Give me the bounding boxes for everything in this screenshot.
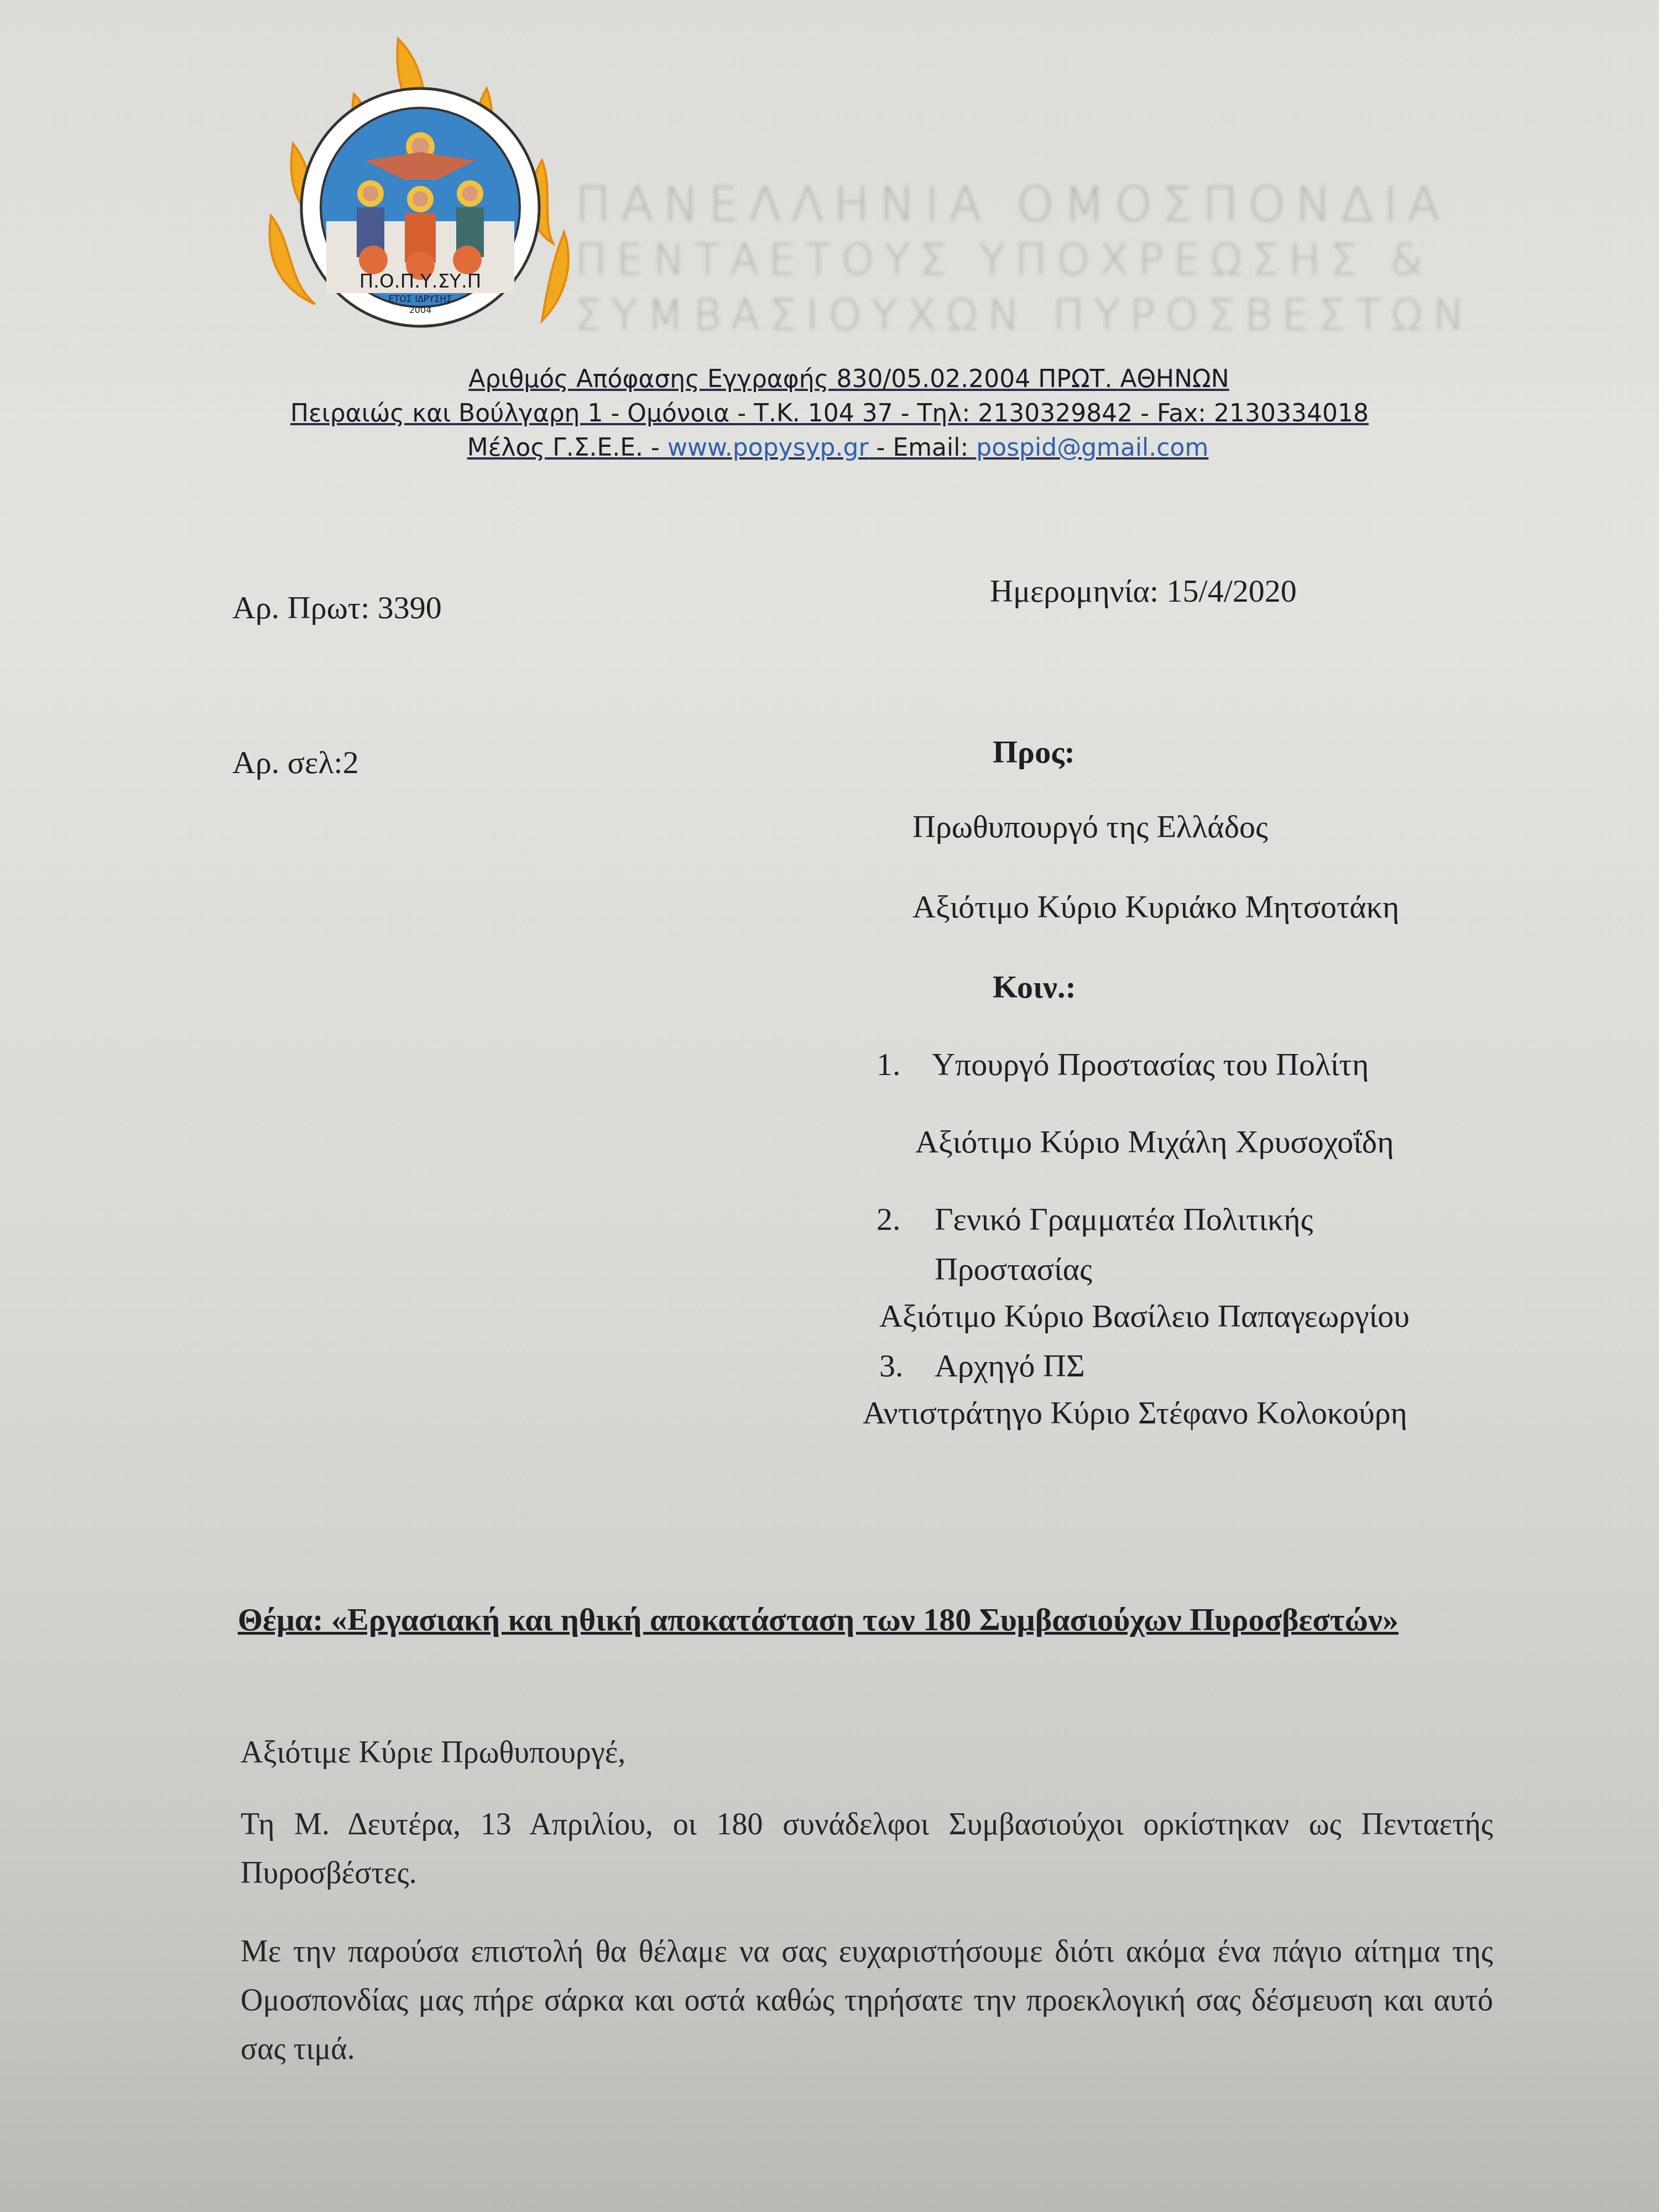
cc-name: Αξιότιμο Κύριο Μιχάλη Χρυσοχοΐδη bbox=[915, 1123, 1394, 1161]
page-count: Αρ. σελ:2 bbox=[232, 744, 359, 781]
svg-text:ΕΤΟΣ ΙΔΡΥΣΗΣ: ΕΤΟΣ ΙΔΡΥΣΗΣ bbox=[388, 294, 452, 304]
member-label: Μέλος Γ.Σ.Ε.Ε. - bbox=[467, 434, 667, 462]
svg-text:Π.Ο.Π.Υ.ΣΥ.Π: Π.Ο.Π.Υ.ΣΥ.Π bbox=[359, 270, 482, 293]
cc-title-continued: Προστασίας bbox=[935, 1250, 1092, 1288]
cc-title: Αρχηγό ΠΣ bbox=[935, 1347, 1085, 1385]
cc-name: Αξιότιμο Κύριο Βασίλειο Παπαγεωργίου bbox=[879, 1297, 1410, 1335]
registration-line: Αριθμός Απόφασης Εγγραφής 830/05.02.2004… bbox=[0, 362, 1659, 397]
address-line: Πειραιώς και Βούλγαρη 1 - Ομόνοια - Τ.Κ.… bbox=[0, 397, 1659, 431]
body-paragraph: Με την παρούσα επιστολή θα θέλαμε να σας… bbox=[241, 1927, 1493, 2073]
recipient-name: Αξιότιμο Κύριο Κυριάκο Μητσοτάκη bbox=[912, 888, 1399, 926]
protocol-number: Αρ. Πρωτ: 3390 bbox=[232, 589, 442, 626]
member-line: Μέλος Γ.Σ.Ε.Ε. - www.popysyp.gr - Email:… bbox=[0, 431, 1659, 465]
cc-title: Γενικό Γραμματέα Πολιτικής bbox=[935, 1200, 1313, 1239]
federation-emblem-flame-icon: Π.Ο.Π.Υ.ΣΥ.Π ΕΤΟΣ ΙΔΡΥΣΗΣ 2004 bbox=[254, 22, 586, 348]
recipient-title: Πρωθυπουργό της Ελλάδος bbox=[912, 807, 1268, 846]
email-label: - Email: bbox=[869, 434, 977, 462]
letterhead-contact: Αριθμός Απόφασης Εγγραφής 830/05.02.2004… bbox=[0, 362, 1659, 465]
org-name-line: ΣΥΜΒΑΣΙΟΥΧΩΝ ΠΥΡΟΣΒΕΣΤΩΝ bbox=[575, 288, 1474, 343]
email-link[interactable]: pospid@gmail.com bbox=[976, 434, 1208, 462]
cc-number: 2. bbox=[877, 1200, 901, 1239]
letter-subject: Θέμα: «Εργασιακή και ηθική αποκατάσταση … bbox=[238, 1595, 1493, 1644]
cc-number: 1. bbox=[877, 1045, 901, 1084]
org-name-line: ΠΕΝΤΑΕΤΟΥΣ ΥΠΟΧΡΕΩΣΗΣ & bbox=[575, 232, 1474, 288]
body-paragraph: Τη Μ. Δευτέρα, 13 Απριλίου, οι 180 συνάδ… bbox=[241, 1800, 1493, 1897]
letter-date: Ημερομηνία: 15/4/2020 bbox=[990, 572, 1297, 609]
cc-label: Κοιν.: bbox=[993, 968, 1076, 1006]
organization-name: ΠΑΝΕΛΛΗΝΙΑ ΟΜΟΣΠΟΝΔΙΑ ΠΕΝΤΑΕΤΟΥΣ ΥΠΟΧΡΕΩ… bbox=[575, 177, 1474, 343]
to-label: Προς: bbox=[993, 733, 1075, 771]
cc-title: Υπουργό Προστασίας του Πολίτη bbox=[932, 1045, 1369, 1084]
cc-name: Αντιστράτηγο Κύριο Στέφανο Κολοκούρη bbox=[863, 1394, 1407, 1432]
org-name-line: ΠΑΝΕΛΛΗΝΙΑ ΟΜΟΣΠΟΝΔΙΑ bbox=[575, 177, 1474, 232]
website-link[interactable]: www.popysyp.gr bbox=[667, 434, 869, 462]
salutation: Αξιότιμε Κύριε Πρωθυπουργέ, bbox=[241, 1728, 1493, 1777]
svg-text:2004: 2004 bbox=[409, 305, 432, 315]
cc-number: 3. bbox=[879, 1347, 904, 1385]
